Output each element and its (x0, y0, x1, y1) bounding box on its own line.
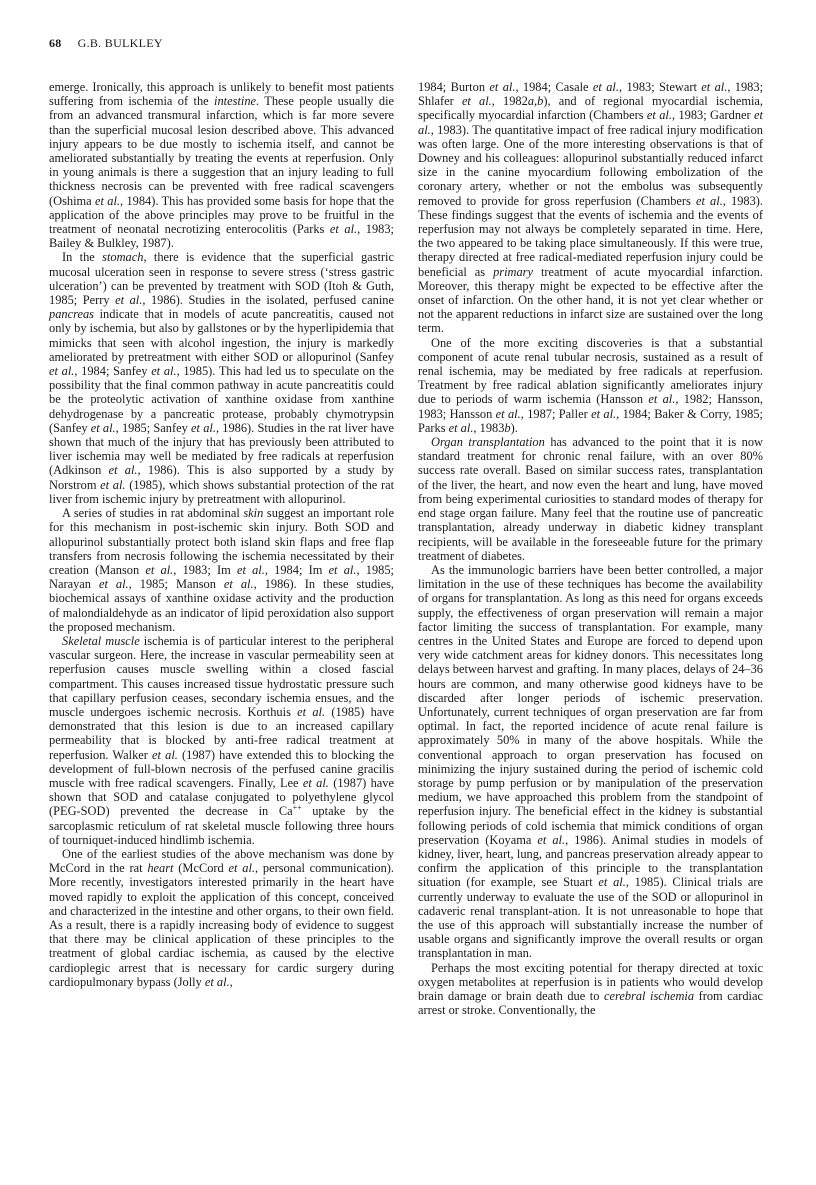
body-paragraph: A series of studies in rat abdominal ski… (49, 506, 394, 634)
body-paragraph: One of the earliest studies of the above… (49, 847, 394, 989)
body-paragraph: Organ transplantation has advanced to th… (418, 435, 763, 563)
body-paragraph: As the immunologic barriers have been be… (418, 563, 763, 961)
body-paragraph: Perhaps the most exciting potential for … (418, 961, 763, 1018)
body-paragraph: emerge. Ironically, this approach is unl… (49, 80, 394, 250)
body-paragraph: One of the more exciting discoveries is … (418, 336, 763, 435)
body-paragraph: In the stomach, there is evidence that t… (49, 250, 394, 506)
body-paragraph: Skeletal muscle ischemia is of particula… (49, 634, 394, 847)
running-head: 68G.B. BULKLEY (49, 36, 163, 51)
body-paragraph: 1984; Burton et al., 1984; Casale et al.… (418, 80, 763, 336)
page-number: 68 (49, 36, 62, 50)
running-head-author: G.B. BULKLEY (78, 36, 163, 50)
right-column: 1984; Burton et al., 1984; Casale et al.… (418, 80, 763, 1017)
left-column: emerge. Ironically, this approach is unl… (49, 80, 394, 989)
